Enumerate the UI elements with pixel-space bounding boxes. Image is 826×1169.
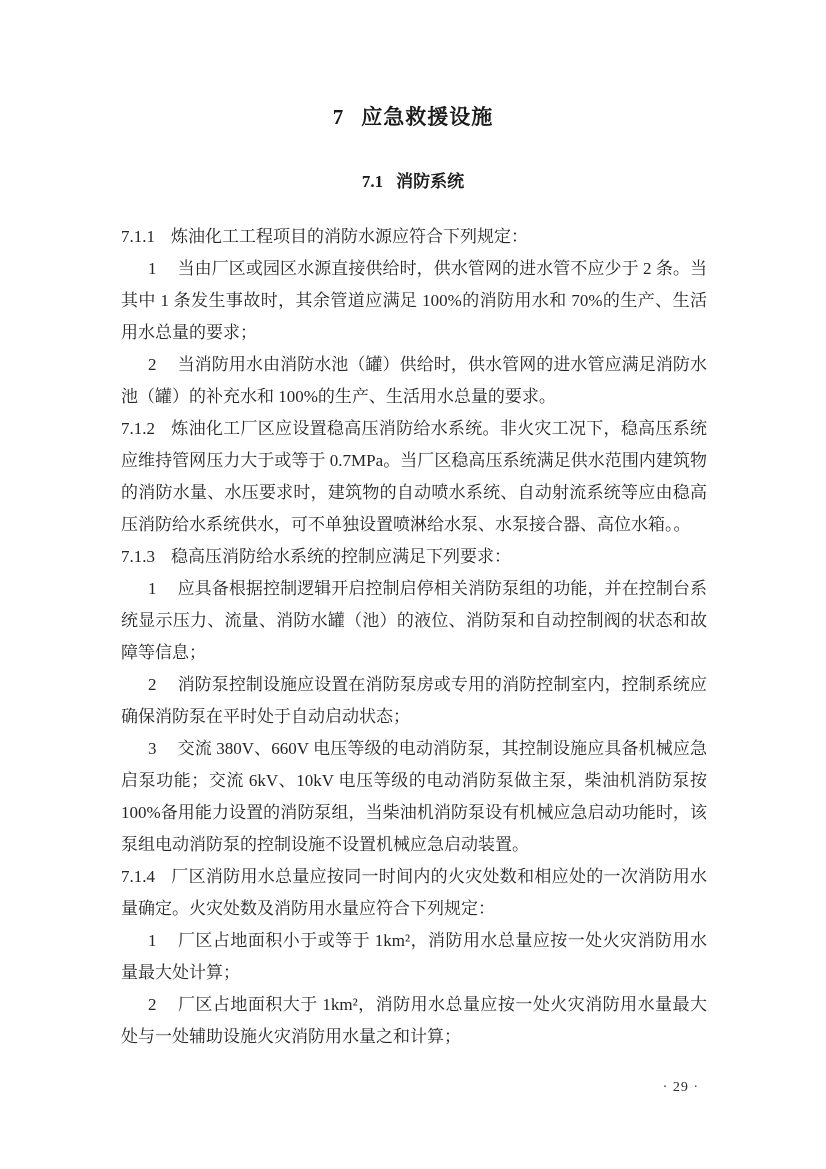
paragraph-text: 当消防用水由消防水池（罐）供给时，供水管网的进水管应满足消防水池（罐）的补充水和… [121, 355, 707, 406]
paragraph-text: 消防泵控制设施应设置在消防泵房或专用的消防控制室内，控制系统应确保消防泵在平时处… [121, 675, 707, 726]
item-paragraph: 1厂区占地面积小于或等于 1km²，消防用水总量应按一处火灾消防用水量最大处计算… [121, 925, 707, 989]
paragraph-text: 炼油化工工程项目的消防水源应符合下列规定： [171, 227, 528, 246]
paragraph-text: 厂区占地面积大于 1km²，消防用水总量应按一处火灾消防用水量最大处与一处辅助设… [121, 995, 707, 1046]
section-number: 7.1 [362, 172, 383, 191]
paragraph-text: 炼油化工厂区应设置稳高压消防给水系统。非火灾工况下，稳高压系统应维持管网压力大于… [121, 419, 707, 534]
chapter-title: 应急救援设施 [361, 106, 493, 129]
item-paragraph: 2消防泵控制设施应设置在消防泵房或专用的消防控制室内，控制系统应确保消防泵在平时… [121, 669, 707, 733]
paragraph-number: 2 [148, 675, 157, 694]
paragraph-text: 当由厂区或园区水源直接供给时，供水管网的进水管不应少于 2 条。当其中 1 条发… [121, 259, 707, 342]
item-paragraph: 2当消防用水由消防水池（罐）供给时，供水管网的进水管应满足消防水池（罐）的补充水… [121, 349, 707, 413]
paragraph-number: 1 [148, 579, 157, 598]
paragraph-text: 应具备根据控制逻辑开启控制启停相关消防泵组的功能，并在控制台系统显示压力、流量、… [121, 579, 707, 662]
section-title: 消防系统 [396, 172, 464, 191]
paragraph-number: 2 [148, 995, 157, 1014]
document-page: 7应急救援设施 7.1消防系统 7.1.1炼油化工工程项目的消防水源应符合下列规… [0, 0, 826, 1169]
paragraph-number: 2 [148, 355, 157, 374]
section-heading: 7.1消防系统 [0, 170, 826, 194]
paragraph-number: 1 [148, 931, 157, 950]
paragraph-text: 厂区消防用水总量应按同一时间内的火灾处数和相应处的一次消防用水量确定。火灾处数及… [121, 867, 707, 918]
item-paragraph: 2厂区占地面积大于 1km²，消防用水总量应按一处火灾消防用水量最大处与一处辅助… [121, 989, 707, 1053]
clause-paragraph: 7.1.4厂区消防用水总量应按同一时间内的火灾处数和相应处的一次消防用水量确定。… [121, 861, 707, 925]
item-paragraph: 1当由厂区或园区水源直接供给时，供水管网的进水管不应少于 2 条。当其中 1 条… [121, 253, 707, 349]
paragraph-text: 交流 380V、660V 电压等级的电动消防泵，其控制设施应具备机械应急启泵功能… [121, 739, 707, 854]
chapter-number: 7 [333, 105, 345, 129]
clause-paragraph: 7.1.2炼油化工厂区应设置稳高压消防给水系统。非火灾工况下，稳高压系统应维持管… [121, 413, 707, 541]
paragraph-number: 1 [148, 259, 157, 278]
paragraph-text: 稳高压消防给水系统的控制应满足下列要求： [171, 547, 511, 566]
paragraph-number: 7.1.3 [121, 547, 155, 566]
item-paragraph: 1应具备根据控制逻辑开启控制启停相关消防泵组的功能，并在控制台系统显示压力、流量… [121, 573, 707, 669]
clause-paragraph: 7.1.3稳高压消防给水系统的控制应满足下列要求： [121, 541, 707, 573]
clause-paragraph: 7.1.1炼油化工工程项目的消防水源应符合下列规定： [121, 221, 707, 253]
paragraph-number: 7.1.2 [121, 419, 155, 438]
page-number: · 29 · [663, 1079, 699, 1097]
chapter-heading: 7应急救援设施 [0, 0, 826, 132]
paragraph-number: 7.1.1 [121, 227, 155, 246]
paragraph-text: 厂区占地面积小于或等于 1km²，消防用水总量应按一处火灾消防用水量最大处计算； [121, 931, 707, 982]
paragraph-number: 7.1.4 [121, 867, 155, 886]
item-paragraph: 3交流 380V、660V 电压等级的电动消防泵，其控制设施应具备机械应急启泵功… [121, 733, 707, 861]
paragraph-number: 3 [148, 739, 157, 758]
paragraph-list: 7.1.1炼油化工工程项目的消防水源应符合下列规定：1当由厂区或园区水源直接供给… [121, 221, 707, 1053]
